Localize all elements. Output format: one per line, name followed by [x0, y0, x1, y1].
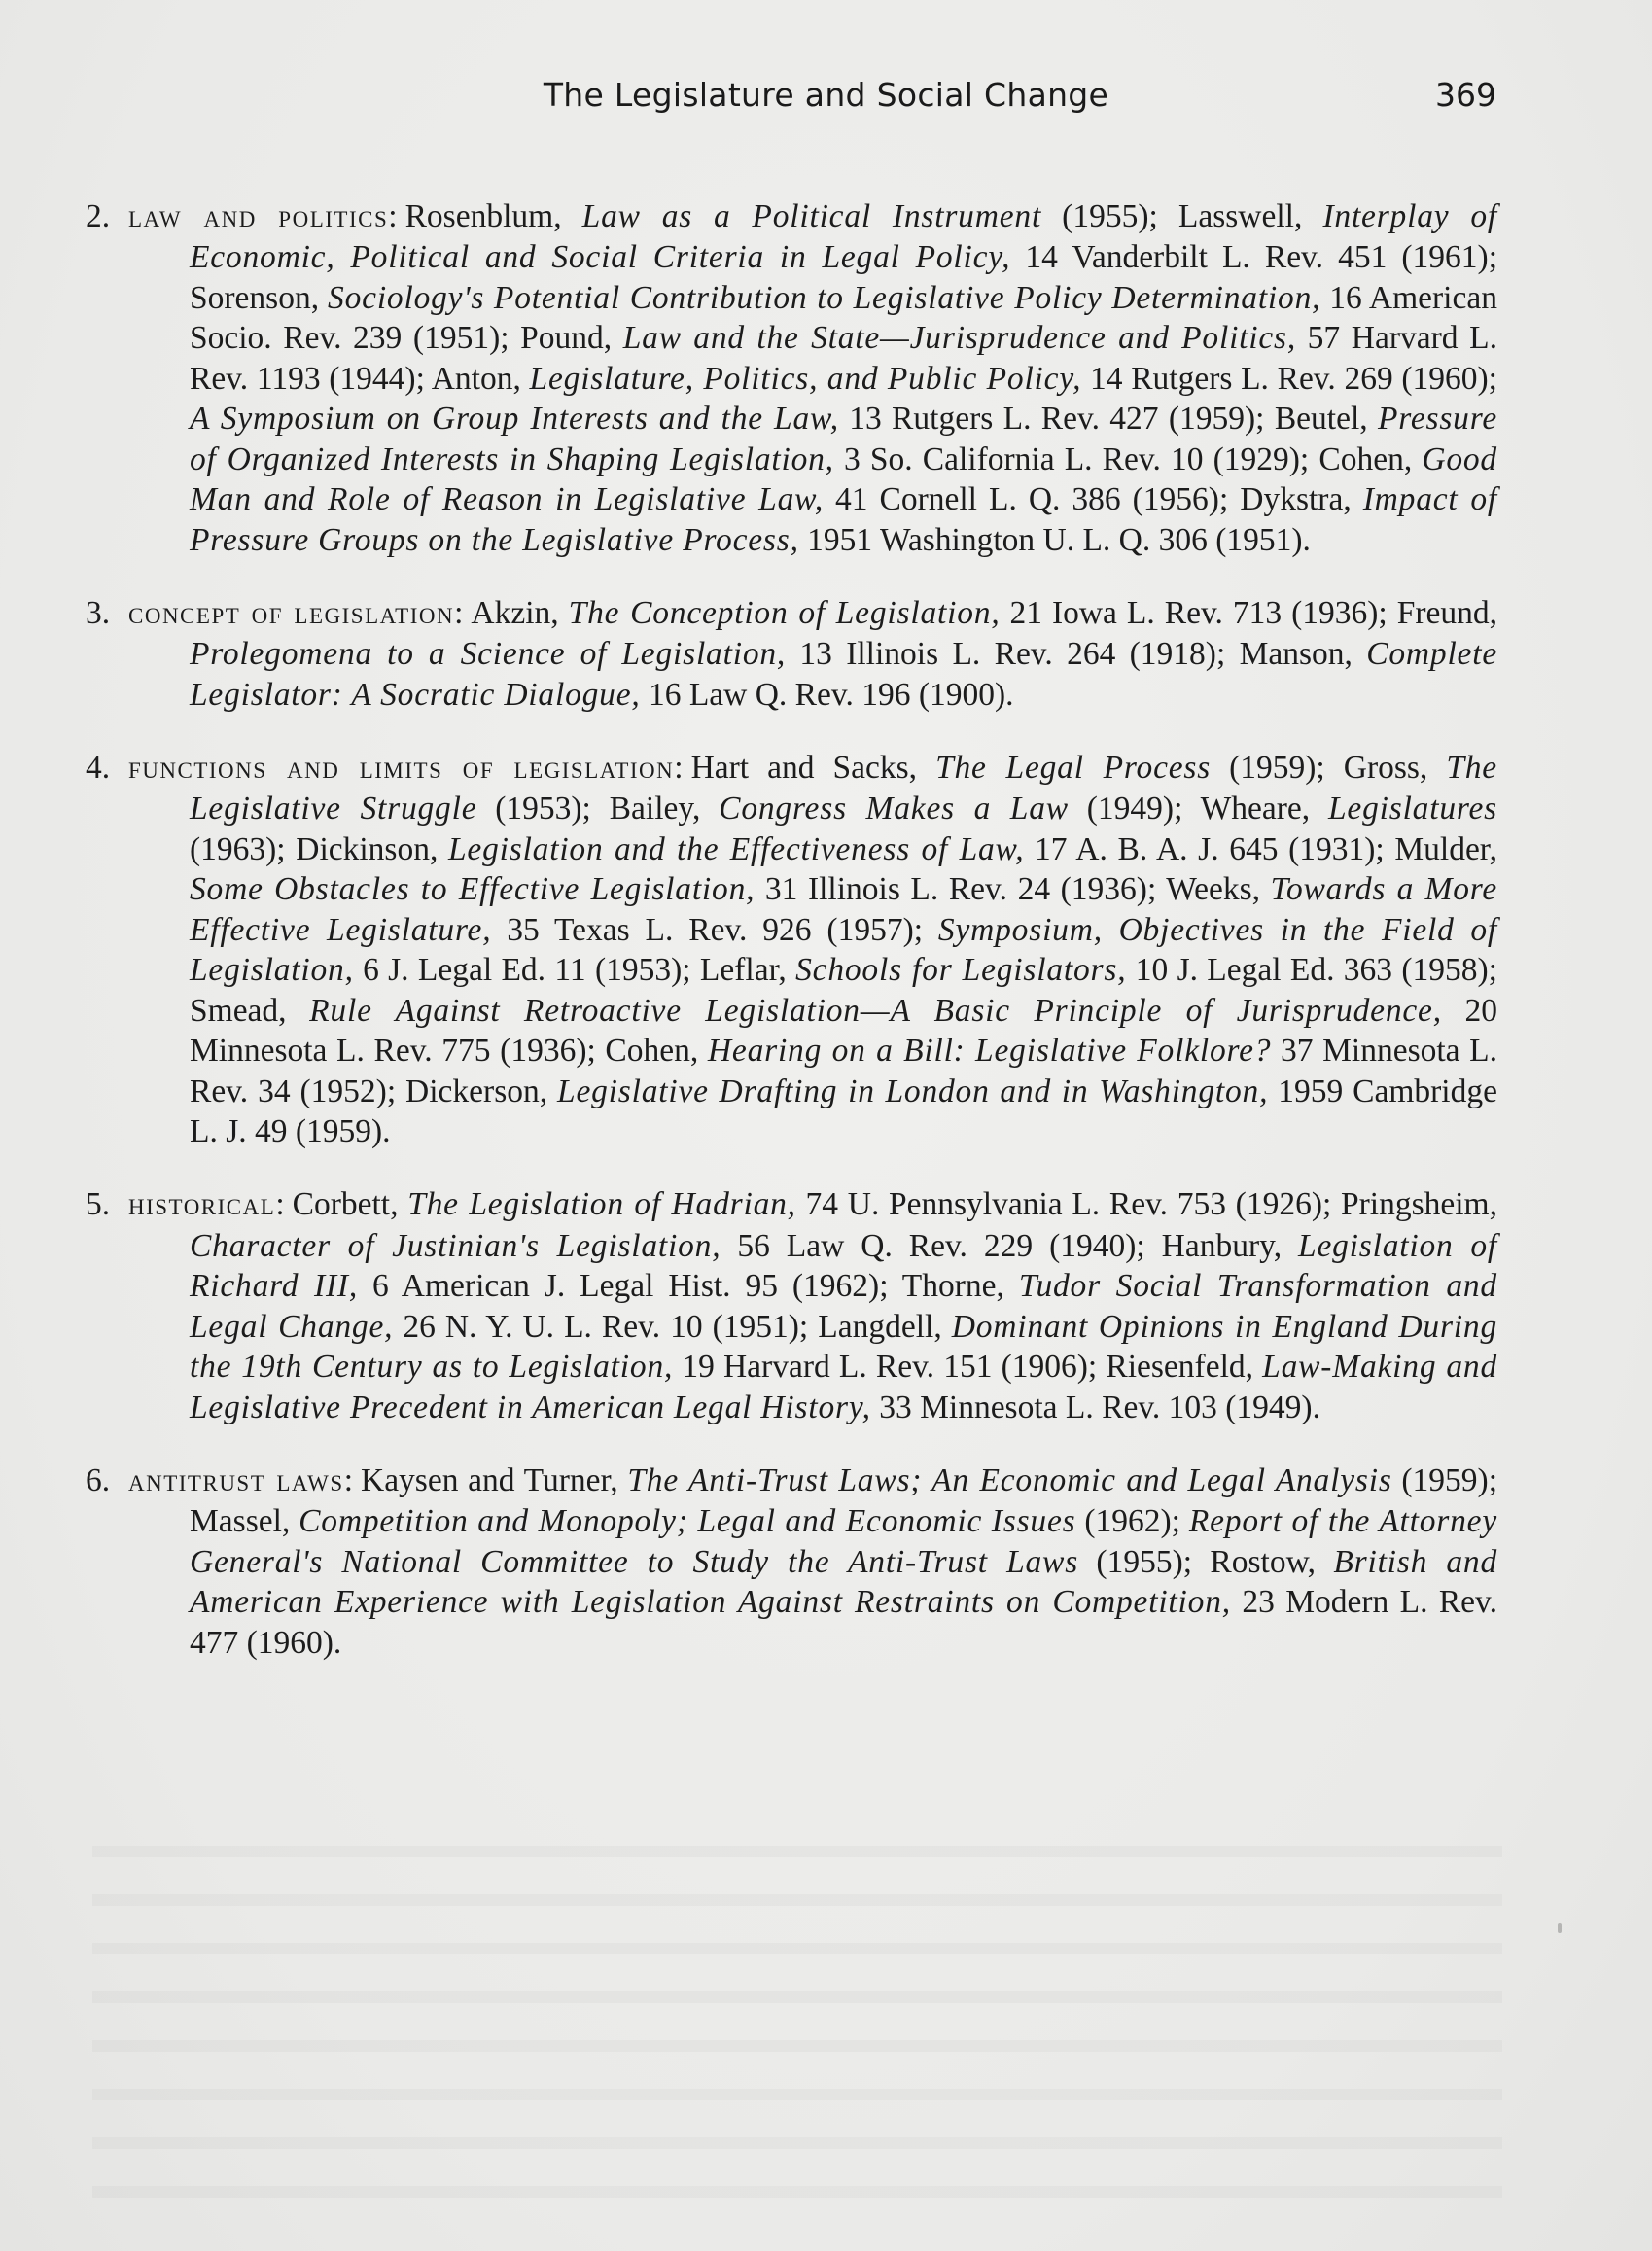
citation-title: Sociology's Potential Contribution to Le…	[328, 280, 1320, 316]
citation-text: 6 American J. Legal Hist. 95 (1962); Tho…	[358, 1268, 1019, 1304]
entry-topic: ANTITRUST LAWS	[128, 1463, 344, 1498]
citation-title: Law as a Political Instrument	[582, 198, 1041, 234]
citation-text: (1955); Rostow,	[1078, 1544, 1333, 1580]
citation-text: 26 N. Y. U. L. Rev. 10 (1951); Langdell,	[393, 1309, 951, 1345]
bibliography-entry-historical: 5.HISTORICAL:Corbett, The Legislation of…	[86, 1184, 1497, 1427]
entry-colon: :	[275, 1186, 284, 1222]
citation-text: 19 Harvard L. Rev. 151 (1906); Riesenfel…	[673, 1349, 1262, 1385]
citation-text: 3 So. California L. Rev. 10 (1929); Cohe…	[834, 441, 1422, 477]
page-number: 369	[1435, 76, 1496, 114]
entry-number: 2.	[86, 196, 128, 237]
citation-title: Law and the State—Jurisprudence and Poli…	[623, 320, 1296, 356]
citation-title: Legislatures	[1328, 791, 1497, 827]
citation-text: Kaysen and Turner,	[361, 1462, 627, 1498]
citation-text: 13 Illinois L. Rev. 264 (1918); Manson,	[786, 636, 1366, 672]
entry-colon: :	[454, 595, 463, 631]
paper-speck	[1558, 1923, 1562, 1933]
entry-topic: LAW AND POLITICS	[128, 199, 388, 234]
citation-text: (1955); Lasswell,	[1041, 198, 1322, 234]
entry-citations: Kaysen and Turner, The Anti-Trust Laws; …	[190, 1462, 1497, 1661]
reverse-side-bleed-through	[92, 1818, 1502, 2227]
citation-text: 21 Iowa L. Rev. 713 (1936); Freund,	[1001, 595, 1498, 631]
citation-text: 33 Minnesota L. Rev. 103 (1949).	[871, 1389, 1320, 1425]
citation-text: 13 Rutgers L. Rev. 427 (1959); Beutel,	[839, 401, 1378, 437]
entry-number: 4.	[86, 748, 128, 789]
citation-title: The Legal Process	[935, 750, 1211, 786]
citation-text: Hart and Sacks,	[691, 750, 936, 786]
citation-text: 74 U. Pennsylvania L. Rev. 753 (1926); P…	[796, 1186, 1497, 1222]
citation-title: Schools for Legislators,	[795, 952, 1126, 988]
citation-text: Akzin,	[471, 595, 568, 631]
entry-number: 5.	[86, 1184, 128, 1225]
entry-citations: Rosenblum, Law as a Political Instrument…	[190, 198, 1497, 558]
citation-title: Legislative Drafting in London and in Wa…	[557, 1073, 1268, 1109]
bibliography-list: 2.LAW AND POLITICS:Rosenblum, Law as a P…	[86, 163, 1497, 1667]
running-title: The Legislature and Social Change	[0, 76, 1652, 114]
entry-topic: CONCEPT OF LEGISLATION	[128, 596, 454, 631]
book-page: The Legislature and Social Change 369 2.…	[0, 0, 1652, 2251]
citation-title: Prolegomena to a Science of Legislation,	[190, 636, 786, 672]
citation-title: The Conception of Legislation,	[569, 595, 1001, 631]
citation-text: (1949); Wheare,	[1069, 791, 1328, 827]
citation-title: Some Obstacles to Effective Legislation,	[190, 871, 755, 907]
citation-title: The Legislation of Hadrian,	[407, 1186, 796, 1222]
entry-topic: HISTORICAL	[128, 1187, 275, 1222]
citation-title: Legislation and the Effectiveness of Law…	[448, 831, 1024, 867]
citation-text: 1951 Washington U. L. Q. 306 (1951).	[799, 522, 1311, 558]
citation-title: Rule Against Retroactive Legislation—A B…	[309, 993, 1442, 1029]
entry-colon: :	[388, 198, 397, 234]
entry-citations: Corbett, The Legislation of Hadrian, 74 …	[190, 1186, 1497, 1425]
citation-text: (1959); Gross,	[1211, 750, 1446, 786]
citation-title: Competition and Monopoly; Legal and Econ…	[299, 1503, 1075, 1539]
citation-text: (1962);	[1075, 1503, 1188, 1539]
entry-colon: :	[674, 750, 683, 786]
citation-text: (1953); Bailey,	[476, 791, 719, 827]
citation-title: Congress Makes a Law	[719, 791, 1069, 827]
running-head: The Legislature and Social Change 369	[0, 76, 1652, 124]
citation-text: 14 Rutgers L. Rev. 269 (1960);	[1081, 361, 1497, 397]
entry-colon: :	[344, 1462, 353, 1498]
citation-text: Rosenblum,	[405, 198, 582, 234]
citation-text: 35 Texas L. Rev. 926 (1957);	[491, 912, 938, 948]
entry-topic: FUNCTIONS AND LIMITS OF LEGISLATION	[128, 751, 674, 786]
citation-text: 41 Cornell L. Q. 386 (1956); Dykstra,	[824, 481, 1363, 517]
citation-text: 16 Law Q. Rev. 196 (1900).	[641, 677, 1014, 713]
entry-number: 3.	[86, 593, 128, 634]
citation-text: Corbett,	[293, 1186, 408, 1222]
bibliography-entry-law-and-politics: 2.LAW AND POLITICS:Rosenblum, Law as a P…	[86, 196, 1497, 561]
citation-text: 6 J. Legal Ed. 11 (1953); Leflar,	[354, 952, 795, 988]
citation-text: 56 Law Q. Rev. 229 (1940); Hanbury,	[721, 1228, 1298, 1264]
citation-text: 17 A. B. A. J. 645 (1931); Mulder,	[1024, 831, 1497, 867]
citation-text: (1963); Dickinson,	[190, 831, 448, 867]
citation-text: 31 Illinois L. Rev. 24 (1936); Weeks,	[755, 871, 1270, 907]
entry-number: 6.	[86, 1460, 128, 1501]
bibliography-entry-concept-of-legislation: 3.CONCEPT OF LEGISLATION:Akzin, The Conc…	[86, 593, 1497, 716]
citation-title: Legislature, Politics, and Public Policy…	[530, 361, 1082, 397]
citation-title: The Anti-Trust Laws; An Economic and Leg…	[627, 1462, 1391, 1498]
citation-title: Hearing on a Bill: Legislative Folklore?	[708, 1033, 1271, 1069]
entry-citations: Hart and Sacks, The Legal Process (1959)…	[190, 750, 1497, 1150]
citation-title: Character of Justinian's Legislation,	[190, 1228, 721, 1264]
citation-title: A Symposium on Group Interests and the L…	[190, 401, 839, 437]
bibliography-entry-antitrust-laws: 6.ANTITRUST LAWS:Kaysen and Turner, The …	[86, 1460, 1497, 1664]
bibliography-entry-functions-and-limits: 4.FUNCTIONS AND LIMITS OF LEGISLATION:Ha…	[86, 748, 1497, 1152]
